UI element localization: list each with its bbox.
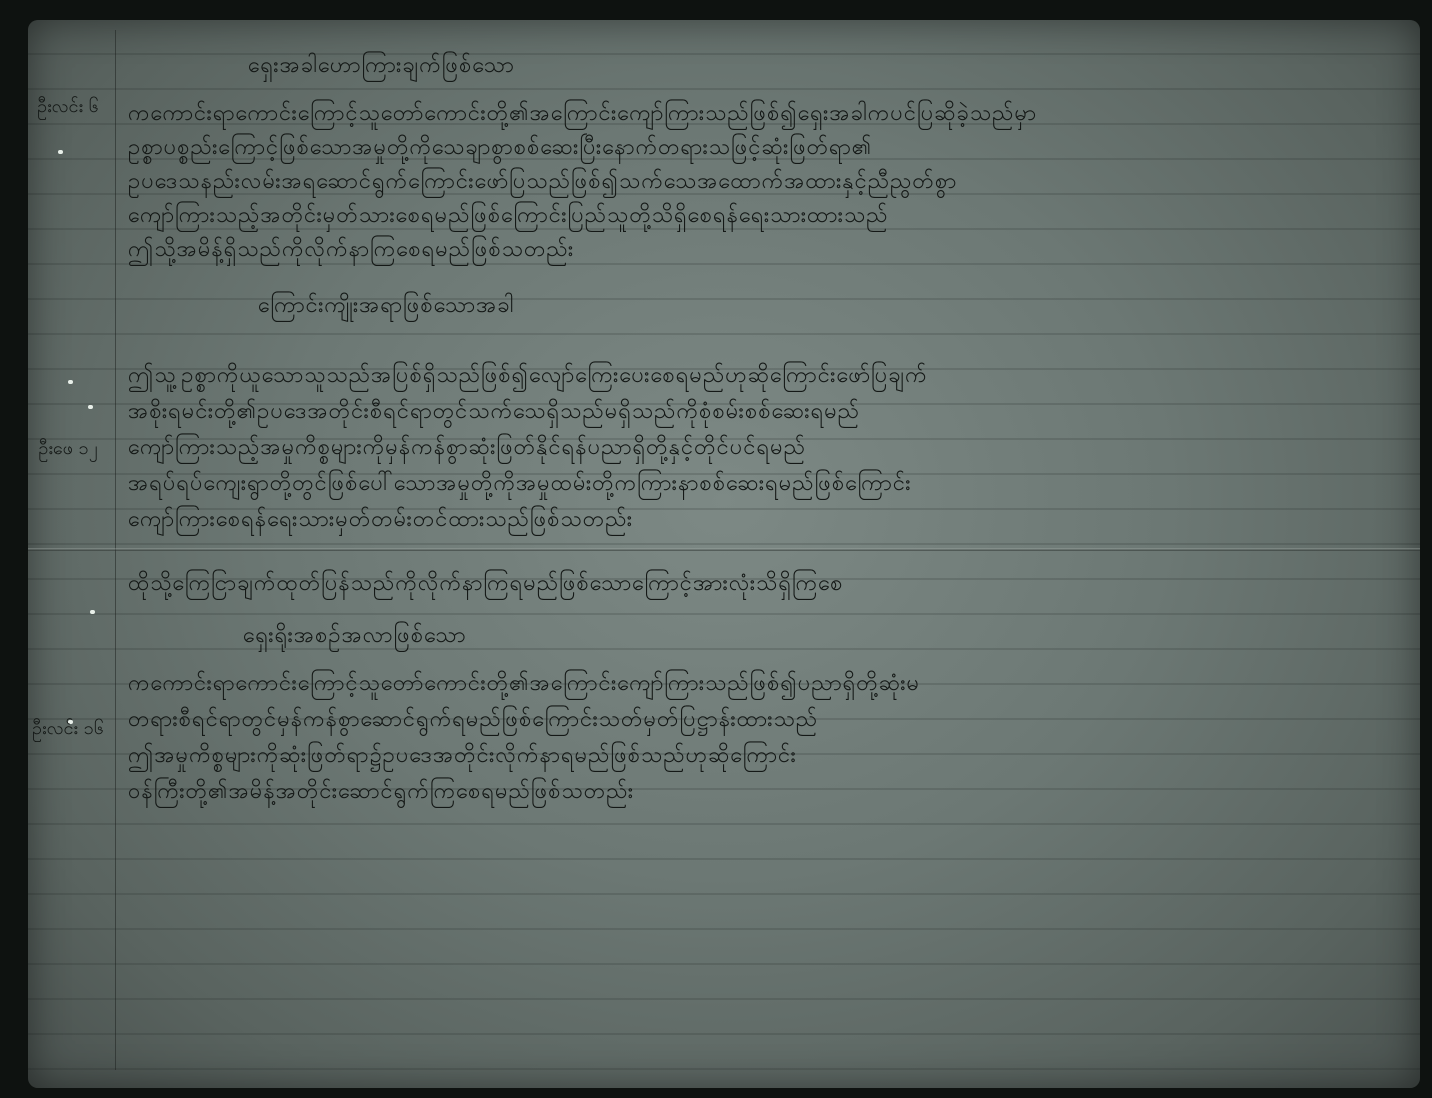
margin-note: ဦးဖေ ၁၂ [28, 440, 108, 458]
speck [58, 150, 63, 154]
section-heading: ကြောင်းကျိုးအရာဖြစ်သောအခါ [258, 290, 514, 323]
text-line: ကျော်ကြားသည့်အမှုကိစ္စများကိုမှန်ကန်စွာဆ… [128, 432, 806, 465]
page-fold [28, 548, 1420, 551]
text-line: အစိုးရမင်းတို့၏ဥပဒေအတိုင်းစီရင်ရာတွင်သက်… [128, 396, 860, 429]
text-line: တရားစီရင်ရာတွင်မှန်ကန်စွာဆောင်ရွက်ရမည်ဖြ… [128, 704, 818, 737]
section-heading: ရှေးရိုးအစဉ်အလာဖြစ်သော [243, 620, 467, 653]
manuscript-page: ရှေးအခါဟောကြားချက်ဖြစ်သော ဦးလင်း ၆ ကကောင… [28, 20, 1420, 1088]
text-line: ဤသူ့ဥစ္စာကိုယူသောသူသည်အပြစ်ရှိသည်ဖြစ်၍လျ… [128, 360, 928, 393]
text-line: ဥစ္စာပစ္စည်းကြောင့်ဖြစ်သောအမှုတို့ကိုသေခ… [128, 132, 872, 165]
section-heading: ရှေးအခါဟောကြားချက်ဖြစ်သော [248, 50, 515, 83]
speck [88, 405, 93, 409]
text-line: ကကောင်းရာကောင်းကြောင့်သူတော်ကောင်းတို့၏အ… [128, 668, 920, 701]
text-line: ဤအမှုကိစ္စများကိုဆုံးဖြတ်ရာ၌ဥပဒေအတိုင်းလ… [128, 740, 797, 773]
text-line: ဥပဒေသနည်းလမ်းအရဆောင်ရွက်ကြောင်းဖော်ပြသည်… [128, 166, 957, 199]
text-line: ထိုသို့ကြေငြာချက်ထုတ်ပြန်သည်ကိုလိုက်နာကြ… [128, 568, 844, 601]
margin-note: ဦးလင်း ၆ [28, 98, 108, 116]
text-line: ကကောင်းရာကောင်းကြောင့်သူတော်ကောင်းတို့၏အ… [128, 98, 1037, 131]
text-line: ဝန်ကြီးတို့၏အမိန့်အတိုင်းဆောင်ရွက်ကြစေရမ… [128, 776, 634, 809]
speck [90, 610, 95, 614]
text-line: ဤသို့အမိန့်ရှိသည်ကိုလိုက်နာကြစေရမည်ဖြစ်သ… [128, 234, 574, 267]
margin-note: ဦးလင်း ၁၆ [28, 720, 108, 738]
text-line: ကျော်ကြားစေရန်ရေးသားမှတ်တမ်းတင်ထားသည်ဖြစ… [128, 504, 633, 537]
text-line: ကျော်ကြားသည့်အတိုင်းမှတ်သားစေရမည်ဖြစ်ကြေ… [128, 200, 889, 233]
text-line: အရပ်ရပ်ကျေးရွာတို့တွင်ဖြစ်ပေါ်သောအမှုတို… [128, 468, 912, 501]
speck [68, 380, 73, 384]
